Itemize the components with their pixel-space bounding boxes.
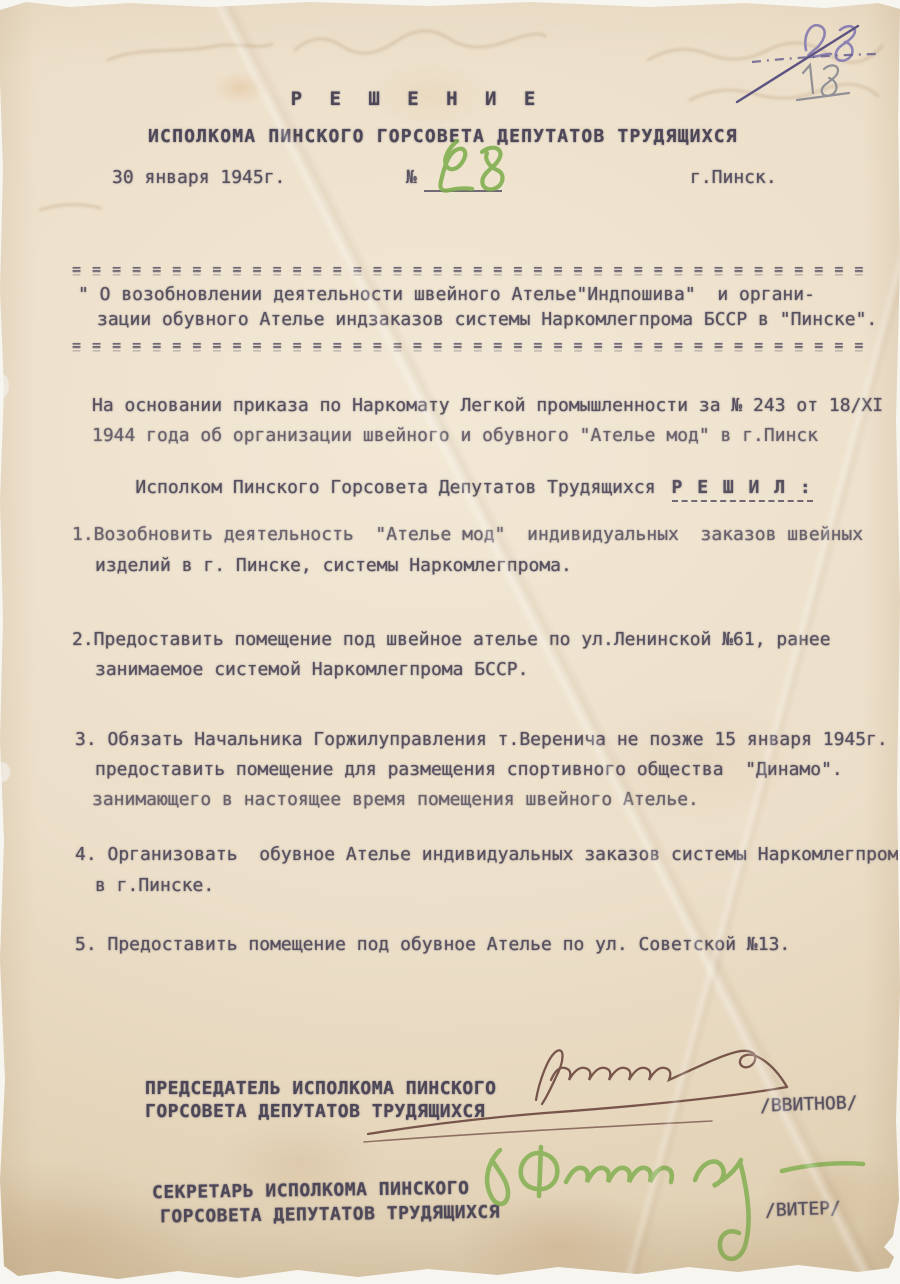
document-title: Р Е Ш Е Н И Е (0, 88, 834, 110)
paper-damage-spot (0, 374, 9, 398)
item-4-line-2: в г.Пинске. (95, 875, 214, 897)
document-org-line: ИСПОЛКОМА ПИНСКОГО ГОРСОВЕТА ДЕПУТАТОВ Т… (148, 126, 738, 148)
decision-word: Р Е Ш И Л : (672, 477, 813, 502)
dash-dot-rule (752, 54, 877, 62)
item-3-line-3: занимающего в настоящее время помещения … (92, 789, 699, 811)
subject-line: " О возобновлении деятельности швейного … (78, 284, 815, 306)
item-2-line-1: 2.Предоставить помещение под швейное ате… (72, 629, 831, 651)
number-underline (424, 190, 502, 192)
corner-number-crossed-28 (805, 25, 855, 61)
separator-line: = = = = = = = = = = = = = = = = = = = = … (72, 334, 864, 356)
item-1-line-1: 1.Возобновить деятельность "Ателье мод" … (72, 524, 863, 546)
chairman-title-line: ПРЕДСЕДАТЕЛЬ ИСПОЛКОМА ПИНСКОГО (145, 1078, 496, 1100)
item-1-line-2: изделий в г. Пинске, системы Наркомлегпр… (95, 555, 572, 577)
subject-line: зации обувного Ателье индзаказов системы… (97, 309, 877, 331)
item-5-line-1: 5. Предоставить помещение под обувное Ат… (75, 934, 790, 956)
document-number-sign: № (406, 167, 417, 189)
document-place: г.Пинск. (690, 167, 777, 189)
paper-damage-spot (0, 762, 10, 782)
preamble-line: На основании приказа по Наркомату Легкой… (92, 395, 883, 417)
item-3-line-2: предоставить помещение для размещения сп… (95, 759, 843, 781)
item-3-line-1: 3. Обязать Начальника Горжилуправления т… (75, 729, 888, 751)
secretary-title-line: СЕКРЕТАРЬ ИСПОЛКОМА ПИНСКОГО (152, 1178, 470, 1204)
document-page: Р Е Ш Е Н И Е ИСПОЛКОМА ПИНСКОГО ГОРСОВЕ… (0, 0, 900, 1284)
item-2-line-2: занимаемое системой Наркомлегпрома БССР. (95, 659, 528, 681)
separator-line: = = = = = = = = = = = = = = = = = = = = … (72, 258, 864, 280)
item-4-line-1: 4. Организовать обувное Ателье индивидуа… (75, 844, 900, 866)
secretary-name: /ВИТЕР/ (765, 1198, 842, 1223)
preamble-line: 1944 года об организации швейного и обув… (92, 425, 818, 447)
secretary-title-line: ГОРСОВЕТА ДЕПУТАТОВ ТРУДЯЩИХСЯ (160, 1202, 500, 1229)
preamble-text: Исполком Пинского Горсовета Депутатов Тр… (135, 477, 655, 498)
decision-number-28-handwritten (440, 141, 502, 191)
chairman-name: /ВВИТНОВ/ (760, 1092, 858, 1117)
document-date: 30 января 1945г. (112, 167, 285, 189)
chairman-title-line: ГОРСОВЕТА ДЕПУТАТОВ ТРУДЯЩИХСЯ (145, 1101, 485, 1123)
preamble-line: Исполком Пинского Горсовета Депутатов Тр… (92, 455, 813, 521)
